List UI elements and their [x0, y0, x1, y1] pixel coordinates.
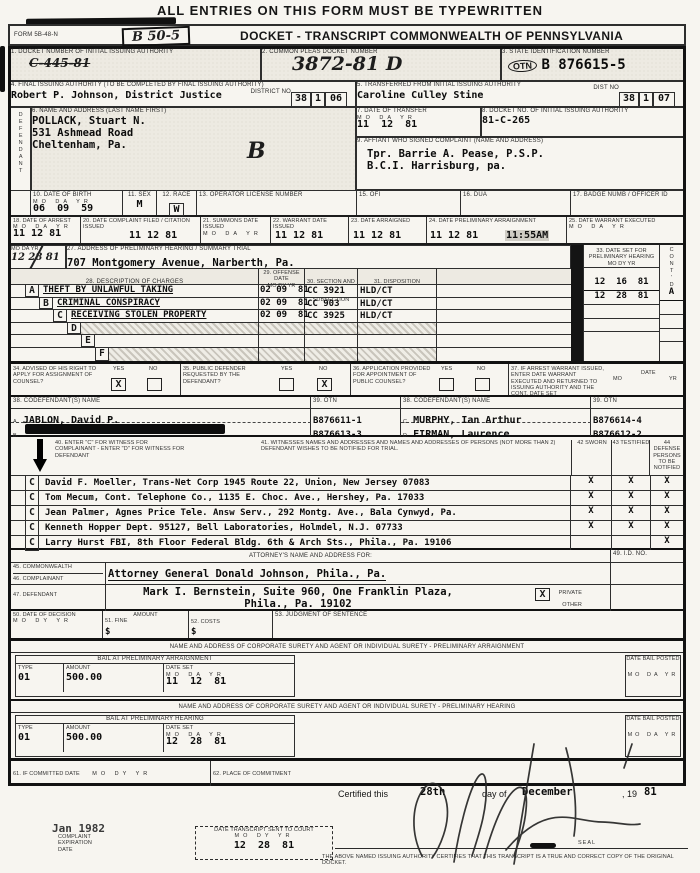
- charge-disposition: HLD/CT: [358, 310, 437, 322]
- charges-desc-header: 28. DESCRIPTION OF CHARGES: [11, 269, 258, 284]
- costs-dollar: $: [191, 627, 196, 637]
- codefendant-c-otn: B876614-4: [591, 409, 683, 423]
- field-21-sub: MO DA YR: [203, 231, 268, 237]
- initial-docket-no: 81-C-265: [482, 115, 683, 126]
- witness-notified: X: [650, 536, 683, 550]
- codefendant-a-otn: B876611-1: [311, 409, 401, 423]
- prelim-arraignment-time: 11:55AM: [505, 230, 549, 241]
- field-8: 8. DOCKET NO. OF INITIAL ISSUING AUTHORI…: [481, 107, 683, 137]
- certified-this-label: Certified this: [338, 789, 388, 799]
- charge-section: CC 3921: [305, 285, 358, 297]
- bail1-type: TYPE 01: [16, 664, 64, 692]
- field-34-yes-checkbox: X: [111, 378, 126, 391]
- field-51-label: 51. FINE: [105, 618, 186, 624]
- charge-desc: THEFT BY UNLAWFUL TAKING: [43, 285, 173, 297]
- field-61-label: 61. IF COMMITTED DATE: [13, 771, 80, 777]
- section-header: 30. SECTION AND SUBSECTION: [305, 269, 358, 284]
- witness-text: Kenneth Hopper Dept. 95127, Bell Laborat…: [39, 521, 570, 535]
- field-24-label: 24. DATE PRELIMINARY ARRAIGNMENT: [429, 218, 564, 224]
- witness-sworn: [570, 536, 611, 550]
- bail-arraignment-section: BAIL AT PRELIMINARY ARRAIGNMENT TYPE 01 …: [11, 653, 683, 701]
- charge-desc: RECEIVING STOLEN PROPERTY: [71, 310, 206, 322]
- field-16-label: 16. DUA: [463, 192, 568, 199]
- field-35-label: 35. PUBLIC DEFENDER REQUESTED BY THE DEF…: [183, 366, 275, 385]
- cont-label: CONT'D: [668, 247, 674, 283]
- district-no-label: DISTRICT NO: [251, 89, 291, 96]
- form-number: FORM 5B-48-N: [14, 32, 58, 39]
- field-17-label: 17. BADGE NUMB / OFFICER ID: [573, 192, 681, 199]
- surety-header-hearing: NAME AND ADDRESS OF CORPORATE SURETY AND…: [11, 701, 683, 713]
- bail1-type-value: 01: [18, 672, 61, 683]
- docket-transcript-form: ALL ENTRIES ON THIS FORM MUST BE TYPEWRI…: [0, 0, 700, 873]
- charge-disposition: HLD/CT: [358, 298, 437, 310]
- date-arraigned: 11 12 81: [353, 230, 401, 241]
- charges-table: 28. DESCRIPTION OF CHARGES 29. OFFENSE D…: [11, 269, 571, 361]
- bail2-type-value: 01: [18, 732, 61, 743]
- defense-attorney-cell: Mark I. Bernstein, Suite 960, One Frankl…: [106, 585, 611, 611]
- dist-no-3: 07: [653, 92, 675, 107]
- witness-text: Larry Hurst FBI, 8th Floor Federal Bldg.…: [39, 536, 570, 550]
- bail-hearing-box: BAIL AT PRELIMINARY HEARING TYPE 01 AMOU…: [15, 715, 295, 757]
- charge-section: CC 903: [305, 298, 358, 310]
- codefendant-d: d. FIRMAN, Laurence: [401, 423, 591, 436]
- field-18: 18. DATE OF ARREST MO DA YR 11 12 81: [11, 217, 81, 243]
- witness-sworn: X: [570, 491, 611, 505]
- sworn-header: 42 SWORN: [571, 440, 612, 475]
- field-3-label: 3. STATE IDENTIFICATION NUMBER: [502, 49, 683, 56]
- defendant-name: POLLACK, Stuart N.: [32, 115, 355, 127]
- id-no-cell-2: [611, 585, 683, 611]
- field-11: 11. SEX M: [123, 191, 157, 215]
- no-label: NO: [319, 366, 327, 372]
- defendant-side-strip: DEFENDANT: [11, 107, 31, 191]
- charge-disposition: [358, 348, 437, 361]
- bail1-date: DATE SET MO DA YR 11 12 81: [164, 664, 294, 692]
- field-37-mo: MO: [613, 376, 622, 382]
- field-9-label: 9. AFFIANT WHO SIGNED COMPLAINT (NAME AN…: [357, 138, 683, 145]
- handwritten-form-code: B 50-5: [122, 26, 191, 47]
- charge-section: [305, 348, 358, 361]
- date-set-column: 33. DATE SET FOR PRELIMINARY HEARING MO …: [583, 245, 659, 361]
- field-36-label: 36. APPLICATION PROVIDED FOR APPOINTMENT…: [353, 366, 435, 385]
- field-47-label: 47. DEFENDANT: [13, 592, 103, 598]
- field-4: 4. FINAL ISSUING AUTHORITY (TO BE COMPLE…: [11, 81, 356, 107]
- field-5: 5. TRANSFERRED FROM INITIAL ISSUING AUTH…: [356, 81, 683, 107]
- defendant-address-1: 531 Ashmead Road: [32, 127, 355, 139]
- witness-testified: X: [611, 506, 650, 520]
- bail2-date-value: 12 28 81: [166, 736, 292, 747]
- date-set-sub: MO DY YR: [584, 261, 659, 268]
- witness-testified: X: [611, 476, 650, 490]
- witness-sworn: X: [570, 476, 611, 490]
- charge-date: 02 09 81: [258, 285, 305, 297]
- field-52-label: 52. COSTS: [191, 619, 270, 625]
- bail2-amount: AMOUNT 500.00: [64, 724, 164, 752]
- charge-row-f: F: [11, 348, 571, 361]
- field-20-label: 20. DATE COMPLAINT FILED / CITATION ISSU…: [83, 218, 198, 231]
- district-no-3: 06: [325, 92, 347, 107]
- witnesses-section: 40. ENTER "C" FOR WITNESS FOR COMPLAINAN…: [11, 437, 683, 550]
- charge-row-c: C RECEIVING STOLEN PROPERTY 02 09 81 CC …: [11, 310, 571, 323]
- witness-text: David F. Moeller, Trans-Net Corp 1945 Ro…: [39, 476, 570, 490]
- charge-date: 02 09 81: [258, 310, 305, 322]
- field-20: 20. DATE COMPLAINT FILED / CITATION ISSU…: [81, 217, 201, 243]
- witness-notified: X: [650, 491, 683, 505]
- dist-no-label: DIST NO: [593, 85, 619, 92]
- id-no-cell-1: [611, 563, 683, 584]
- witness-row: C Kenneth Hopper Dept. 95127, Bell Labor…: [11, 520, 683, 535]
- race-value: W: [169, 203, 183, 216]
- posted-sub: MO DA YR: [626, 672, 680, 678]
- field-24: 24. DATE PRELIMINARY ARRAIGNMENT 11 12 8…: [427, 217, 567, 243]
- bail-hearing-label: BAIL AT PRELIMINARY HEARING: [16, 716, 294, 724]
- field-22-label: 22. WARRANT DATE ISSUED: [273, 218, 346, 231]
- witness-text: Jean Palmer, Agnes Price Tele. Answ Serv…: [39, 506, 570, 520]
- witness-sworn: X: [570, 521, 611, 535]
- bail1-amount-value: 500.00: [66, 672, 161, 683]
- field-36-yes-checkbox: [439, 378, 454, 391]
- codef-otn-header-1: 39. OTN: [311, 397, 401, 408]
- witness-testified: X: [611, 491, 650, 505]
- field-16: 16. DUA: [461, 191, 571, 215]
- field-61-sub: MO DY YR: [92, 771, 151, 777]
- prelim-arraignment-date: 11 12 81: [430, 230, 478, 241]
- field-8-label: 8. DOCKET NO. OF INITIAL ISSUING AUTHORI…: [482, 108, 683, 115]
- commonwealth-attorney-cell: Attorney General Donald Johnson, Phila.,…: [106, 563, 611, 584]
- yes-label: YES: [281, 366, 292, 372]
- field-34-no-checkbox: [147, 378, 162, 391]
- field-21-label: 21. SUMMONS DATE ISSUED: [203, 218, 268, 231]
- field-53-label: 53. JUDGMENT OF SENTENCE: [275, 612, 681, 619]
- field-2: 2. COMMON PLEAS DOCKET NUMBER 3872-81 D: [261, 49, 501, 81]
- field-34: 34. ADVISED OF HIS RIGHT TO APPLY FOR AS…: [11, 364, 181, 395]
- offense-date-label: 29. OFFENSE DATE: [261, 270, 302, 283]
- charge-row-a: A THEFT BY UNLAWFUL TAKING 02 09 81 CC 3…: [11, 285, 571, 298]
- field-37-date: DATE: [641, 370, 656, 376]
- bail2-amount-value: 500.00: [66, 732, 161, 743]
- offense-date-header: 29. OFFENSE DATE MO DY YR: [258, 269, 305, 284]
- handwritten-b: B: [247, 138, 266, 164]
- dist-no-1: 38: [619, 92, 639, 107]
- charge-letter: E: [81, 335, 95, 347]
- charge-letter: F: [95, 348, 109, 361]
- bail1-date-value: 11 12 81: [166, 676, 292, 687]
- witness-sworn: X: [570, 506, 611, 520]
- typewritten-notice: ALL ENTRIES ON THIS FORM MUST BE TYPEWRI…: [0, 3, 700, 18]
- codefendant-b: b.: [11, 423, 311, 436]
- hatched-cell: [109, 348, 258, 361]
- witness-code: C: [25, 491, 39, 506]
- date-set-row-b: 12 28 81: [584, 291, 659, 305]
- gutter-cell: [11, 191, 31, 215]
- field-50: 50. DATE OF DECISION MO DY YR: [11, 611, 103, 638]
- field-25-sub: MO DA YR: [569, 224, 681, 230]
- charge-letter: D: [67, 323, 81, 335]
- hatched-cell: [81, 323, 258, 335]
- field-35-yes-checkbox: [279, 378, 294, 391]
- charge-section: [305, 323, 358, 335]
- field-10: 10. DATE OF BIRTH MO DA YR 06 09 59: [31, 191, 123, 215]
- other-label: OTHER: [562, 602, 582, 608]
- defense-attorney-1: Mark I. Bernstein, Suite 960, One Frankl…: [108, 586, 488, 598]
- field-13: 13. OPERATOR LICENSE NUMBER: [197, 191, 357, 215]
- transcript-sent-value: 12 28 81: [196, 840, 332, 851]
- charge-date: [258, 323, 305, 335]
- field-35: 35. PUBLIC DEFENDER REQUESTED BY THE DEF…: [181, 364, 351, 395]
- field-37-yr: YR: [669, 376, 677, 382]
- charge-letter: B: [39, 298, 53, 310]
- field-25: 25. DATE WARRANT EXECUTED MO DA YR: [567, 217, 683, 243]
- form-body: 1. DOCKET NUMBER OF INITIAL ISSUING AUTH…: [8, 46, 686, 786]
- affiant-line-2: B.C.I. Harrisburg, pa.: [367, 160, 683, 172]
- witness-text: Tom Mecum, Cont. Telephone Co., 1135 E. …: [39, 491, 570, 505]
- charge-disposition: [358, 323, 437, 335]
- warrant-date: 11 12 81: [275, 230, 323, 241]
- bail-arraignment-box: BAIL AT PRELIMINARY ARRAIGNMENT TYPE 01 …: [15, 655, 295, 697]
- dist-no-2: 1: [639, 92, 653, 107]
- field-10-label: 10. DATE OF BIRTH: [33, 192, 120, 199]
- field-12-label: 12. RACE: [159, 192, 194, 199]
- charge-row-b: B CRIMINAL CONSPIRACY 02 09 81 CC 903 HL…: [11, 298, 571, 311]
- otn-circle-icon: OTN: [508, 59, 538, 73]
- codefendant-b-otn: B876613-3: [311, 423, 401, 436]
- field-1-value: C-445-81: [29, 56, 260, 70]
- field-45-label: 45. COMMONWEALTH: [13, 564, 103, 570]
- field-6-label: 6. NAME AND ADDRESS (LAST NAME FIRST): [32, 108, 355, 115]
- field-61: 61. IF COMMITTED DATE MO DY YR: [11, 761, 211, 786]
- form-title: DOCKET - TRANSCRIPT COMMONWEALTH OF PENN…: [240, 29, 623, 43]
- affiant-line-1: Tpr. Barrie A. Pease, P.S.P.: [367, 148, 683, 160]
- field-50-sub: MO DY YR: [13, 618, 100, 624]
- field-40-label: 40. ENTER "C" FOR WITNESS FOR COMPLAINAN…: [55, 440, 185, 459]
- field-21: 21. SUMMONS DATE ISSUED MO DA YR: [201, 217, 271, 243]
- scan-smudge: [0, 46, 5, 92]
- charge-section: CC 3925: [305, 310, 358, 322]
- yes-label: YES: [113, 366, 124, 372]
- date-of-transfer: 11 12 81: [357, 119, 480, 130]
- posted-label: DATE BAIL POSTED: [626, 716, 680, 722]
- bail1-amount: AMOUNT 500.00: [64, 664, 164, 692]
- stamp-caption: COMPLAINT EXPIRATION DATE: [58, 834, 104, 853]
- charge-letter: A: [25, 285, 39, 297]
- signature-scribble: [388, 738, 650, 866]
- field-27-label: 27. ADDRESS OF PRELIMINARY HEARING / SUM…: [67, 246, 570, 253]
- witness-row: C David F. Moeller, Trans-Net Corp 1945 …: [11, 475, 683, 490]
- codef-name-header-2: 38. CODEFENDANT(S) NAME: [401, 397, 591, 408]
- date-set-row-d: [584, 319, 659, 333]
- district-no-1: 38: [291, 92, 311, 107]
- charge-row-e: E: [11, 335, 571, 348]
- witness-testified: [611, 536, 650, 550]
- witness-code: C: [25, 536, 39, 551]
- witness-row: C Jean Palmer, Agnes Price Tele. Answ Se…: [11, 505, 683, 520]
- codef-otn-header-2: 39. OTN: [591, 397, 683, 408]
- field-37-label: 37. IF ARREST WARRANT ISSUED, ENTER DATE…: [511, 366, 606, 398]
- charge-date: 02 09 81: [258, 298, 305, 310]
- charge-letter: C: [53, 310, 67, 322]
- field-3: 3. STATE IDENTIFICATION NUMBER OTN B 876…: [501, 49, 683, 81]
- date-set-label: 33. DATE SET FOR PRELIMINARY HEARING: [584, 245, 659, 261]
- field-37: 37. IF ARREST WARRANT ISSUED, ENTER DATE…: [509, 364, 683, 395]
- field-51: AMOUNT 51. FINE $: [103, 611, 189, 638]
- district-no-2: 1: [311, 92, 325, 107]
- private-checkbox: X: [535, 588, 550, 601]
- field-27: 27. ADDRESS OF PRELIMINARY HEARING / SUM…: [66, 245, 571, 269]
- field-36: 36. APPLICATION PROVIDED FOR APPOINTMENT…: [351, 364, 509, 395]
- field-22: 22. WARRANT DATE ISSUED 11 12 81: [271, 217, 349, 243]
- field-1-label: 1. DOCKET NUMBER OF INITIAL ISSUING AUTH…: [11, 49, 260, 56]
- charge-disposition: HLD/CT: [358, 285, 437, 297]
- down-arrow-icon: [33, 439, 47, 473]
- field-9: 9. AFFIANT WHO SIGNED COMPLAINT (NAME AN…: [356, 137, 683, 191]
- charge-row-d: D: [11, 323, 571, 336]
- field-47: 47. DEFENDANT: [11, 585, 106, 611]
- date-complaint-filed: 11 12 81: [129, 230, 177, 241]
- field-15-label: 15. OFI: [359, 192, 458, 199]
- witness-row: C Larry Hurst FBI, 8th Floor Federal Bld…: [11, 535, 683, 550]
- field-7: 7. DATE OF TRANSFER MO DA YR 11 12 81: [356, 107, 481, 137]
- transcript-sent-box: DATE TRANSCRIPT SENT TO COURT MO DY YR 1…: [195, 826, 333, 860]
- field-35-no-checkbox: X: [317, 378, 332, 391]
- field-23: 23. DATE ARRAIGNED 11 12 81: [349, 217, 427, 243]
- state-id-number: B 876615-5: [541, 57, 625, 73]
- field-46-label: 46. COMPLAINANT: [13, 573, 103, 582]
- date-of-birth: 06 09 59: [33, 203, 120, 214]
- date-set-row-a: 12 16 81: [584, 277, 659, 291]
- field-45-46: 45. COMMONWEALTH 46. COMPLAINANT: [11, 563, 106, 584]
- cont-row-b: [660, 301, 683, 315]
- private-label: PRIVATE: [559, 590, 582, 596]
- defense-attorney-2: Phila., Pa. 19102: [108, 598, 488, 610]
- field-13-label: 13. OPERATOR LICENSE NUMBER: [199, 192, 354, 199]
- field-12: 12. RACE W: [157, 191, 197, 215]
- field-36-no-checkbox: [475, 378, 490, 391]
- cont-row-a: A: [660, 287, 683, 301]
- defendant-side-label: DEFENDANT: [17, 112, 23, 175]
- no-label: NO: [149, 366, 157, 372]
- field-41-label: 41. WITNESSES NAMES AND ADDRESSES AND NA…: [261, 440, 561, 453]
- disposition-header: 31. DISPOSITION: [358, 269, 437, 284]
- form-header-bar: FORM 5B-48-N B 50-5 DOCKET - TRANSCRIPT …: [8, 24, 686, 46]
- codef-name-header-1: 38. CODEFENDANT(S) NAME: [11, 397, 311, 408]
- field-34-label: 34. ADVISED OF HIS RIGHT TO APPLY FOR AS…: [13, 366, 108, 385]
- attorney-section: ATTORNEY'S NAME AND ADDRESS FOR: 49. I.D…: [11, 550, 683, 611]
- defendant-address-2: Cheltenham, Pa.: [32, 139, 355, 151]
- posted-label: DATE BAIL POSTED: [626, 656, 680, 662]
- date-set-row-c: [584, 305, 659, 319]
- witness-notified: X: [650, 476, 683, 490]
- codefendant-d-otn: B876612-2: [591, 423, 683, 436]
- field-5-label: 5. TRANSFERRED FROM INITIAL ISSUING AUTH…: [357, 82, 683, 89]
- field-53: 53. JUDGMENT OF SENTENCE: [273, 611, 683, 638]
- field-1: 1. DOCKET NUMBER OF INITIAL ISSUING AUTH…: [11, 49, 261, 81]
- field-6: 6. NAME AND ADDRESS (LAST NAME FIRST) PO…: [31, 107, 356, 191]
- cont-column: CONT'D A: [659, 245, 683, 361]
- field-15: 15. OFI: [357, 191, 461, 215]
- testified-header: 43 TESTIFIED: [611, 440, 650, 475]
- field-49-label: 49. I.D. NO.: [611, 550, 683, 562]
- codefendant-a: a. JABLON, David P.: [11, 409, 311, 423]
- witness-code: C: [25, 476, 39, 491]
- date-set-row-e: [584, 332, 659, 345]
- codefendant-c: c. MURPHY, Ian Arthur: [401, 409, 591, 423]
- bail1-posted-box: DATE BAIL POSTED MO DA YR: [625, 655, 681, 697]
- common-pleas-docket-number: 3872-81 D: [292, 53, 500, 75]
- surety-header-arraignment: NAME AND ADDRESS OF CORPORATE SURETY AND…: [11, 641, 683, 653]
- notified-header: 44 DEFENSE PERSONS TO BE NOTIFIED: [649, 440, 684, 475]
- commonwealth-attorney: Attorney General Donald Johnson, Phila.,…: [108, 568, 386, 581]
- fine-dollar: $: [105, 627, 110, 637]
- charge-date: [258, 348, 305, 361]
- field-11-label: 11. SEX: [125, 192, 154, 199]
- field-17: 17. BADGE NUMB / OFFICER ID: [571, 191, 683, 215]
- heavy-divider: [571, 245, 583, 361]
- codefendants-section: 38. CODEFENDANT(S) NAME 39. OTN 38. CODE…: [11, 397, 683, 437]
- redaction-bar: [25, 424, 225, 434]
- witness-row: C Tom Mecum, Cont. Telephone Co., 1135 E…: [11, 490, 683, 505]
- witness-testified: X: [611, 521, 650, 535]
- attorney-header: ATTORNEY'S NAME AND ADDRESS FOR:: [11, 550, 611, 562]
- field-26: MO DA YR 12 28 81: [11, 245, 66, 269]
- bail-arraignment-label: BAIL AT PRELIMINARY ARRAIGNMENT: [16, 656, 294, 664]
- no-label: NO: [477, 366, 485, 372]
- bail2-type: TYPE 01: [16, 724, 64, 752]
- witness-code: C: [25, 521, 39, 536]
- field-7-label: 7. DATE OF TRANSFER: [357, 108, 480, 115]
- witness-notified: X: [650, 521, 683, 535]
- field-4-label: 4. FINAL ISSUING AUTHORITY (TO BE COMPLE…: [11, 82, 355, 89]
- charges-empty-header: [437, 269, 571, 284]
- sex-value: M: [125, 199, 154, 210]
- field-52: 52. COSTS $: [189, 611, 273, 638]
- field-23-label: 23. DATE ARRAIGNED: [351, 218, 424, 224]
- witness-code: C: [25, 506, 39, 521]
- yes-label: YES: [441, 366, 452, 372]
- witness-notified: X: [650, 506, 683, 520]
- bail2-date: DATE SET MO DA YR 12 28 81: [164, 724, 294, 752]
- charge-desc: CRIMINAL CONSPIRACY: [57, 298, 160, 310]
- field-62-label: 62. PLACE OF COMMITMENT: [213, 771, 291, 777]
